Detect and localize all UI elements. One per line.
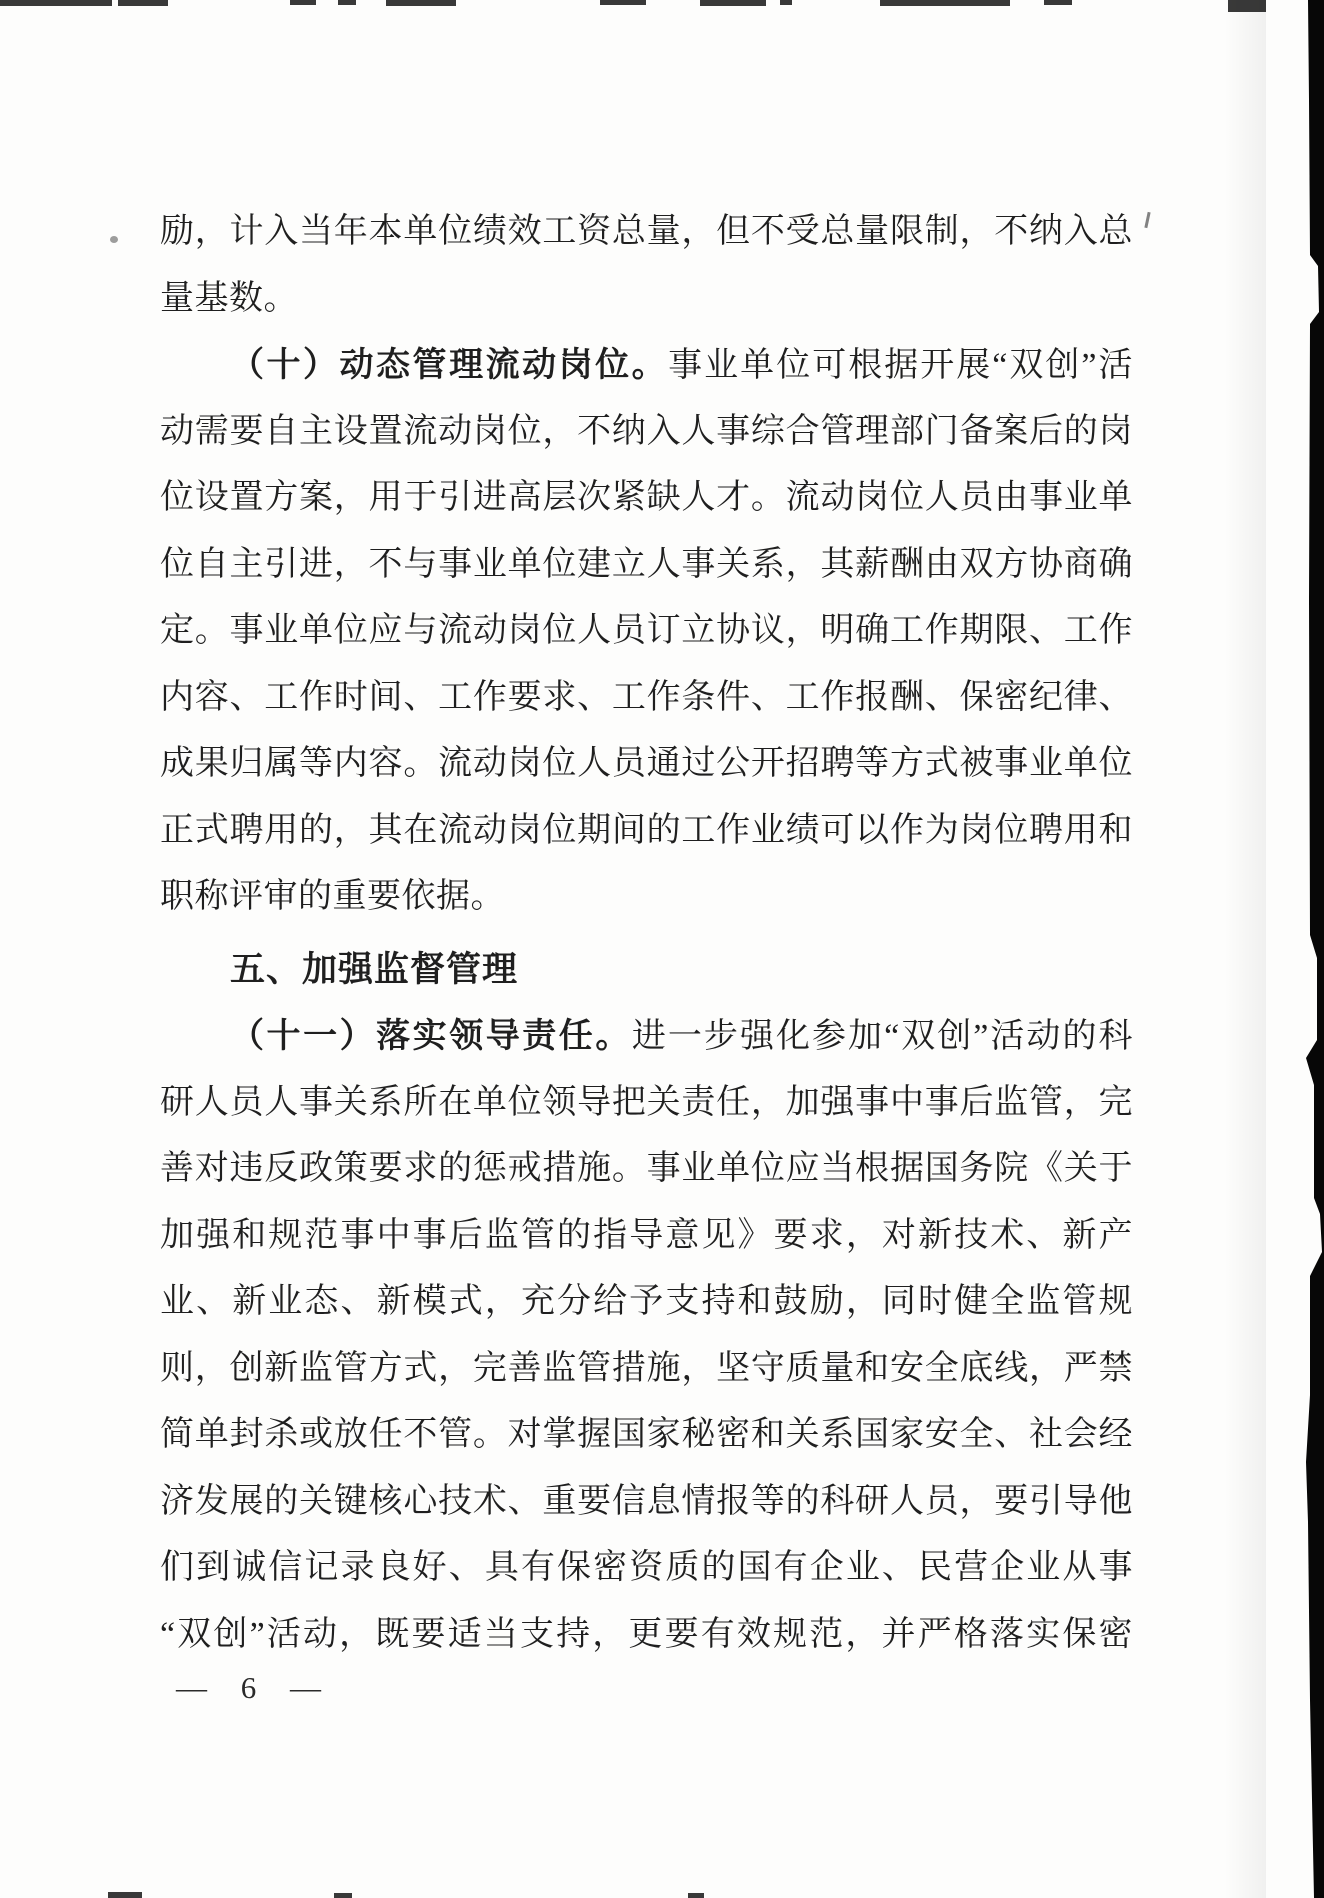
text-line: 职称评审的重要依据。: [160, 864, 1133, 931]
text-segment: 内容、工作时间、工作要求、工作条件、工作报酬、保密纪律、: [160, 679, 1133, 716]
bold-text-segment: 五、加强监督管理: [230, 950, 518, 989]
text-segment: “双创”活动，既要适当支持，更要有效规范，并严格落实保密: [160, 1616, 1133, 1653]
scan-top-edge-artifact: [0, 0, 112, 6]
scan-top-edge-artifact: [118, 0, 168, 6]
text-line: 简单封杀或放任不管。对掌握国家秘密和关系国家安全、社会经: [160, 1402, 1133, 1469]
scan-top-edge-artifact: [1228, 0, 1266, 12]
ink-dot-artifact: [110, 236, 118, 243]
text-line: 量基数。: [160, 266, 1133, 333]
bold-text-segment: （十）动态管理流动岗位。: [230, 346, 668, 384]
text-line: 济发展的关键核心技术、重要信息情报等的科研人员，要引导他: [160, 1469, 1133, 1536]
text-segment: 加强和规范事中事后监管的指导意见》要求，对新技术、新产: [160, 1217, 1133, 1254]
text-segment: 业、新业态、新模式，充分给予支持和鼓励，同时健全监管规: [160, 1283, 1133, 1320]
text-segment: 励，计入当年本单位绩效工资总量，但不受总量限制，不纳入总: [160, 213, 1133, 250]
text-segment: 则，创新监管方式，完善监管措施，坚守质量和安全底线，严禁: [160, 1350, 1133, 1387]
scan-top-edge-artifact: [386, 0, 456, 6]
text-line: 定。事业单位应与流动岗位人员订立协议，明确工作期限、工作: [160, 598, 1133, 665]
scan-top-edge-artifact: [1044, 0, 1072, 5]
text-segment: 成果归属等内容。流动岗位人员通过公开招聘等方式被事业单位: [160, 745, 1133, 782]
text-line: 位自主引进，不与事业单位建立人事关系，其薪酬由双方协商确: [160, 532, 1133, 599]
scan-top-edge-artifact: [338, 0, 356, 5]
text-line: 内容、工作时间、工作要求、工作条件、工作报酬、保密纪律、: [160, 665, 1133, 732]
scan-top-edge-artifact: [290, 0, 316, 5]
bold-text-segment: （十一）落实领导责任。: [230, 1017, 632, 1055]
text-segment: 简单封杀或放任不管。对掌握国家秘密和关系国家安全、社会经: [160, 1416, 1133, 1453]
scanned-document-page: 励，计入当年本单位绩效工资总量，但不受总量限制，不纳入总量基数。（十）动态管理流…: [0, 0, 1324, 1898]
text-segment: 职称评审的重要依据。: [160, 878, 505, 915]
text-segment: 善对违反政策要求的惩戒措施。事业单位应当根据国务院《关于: [160, 1150, 1133, 1187]
scan-bottom-edge-artifact: [688, 1893, 704, 1898]
text-line: 正式聘用的，其在流动岗位期间的工作业绩可以作为岗位聘用和: [160, 798, 1133, 865]
text-segment: 们到诚信记录良好、具有保密资质的国有企业、民营企业从事: [160, 1549, 1133, 1586]
section-heading: 五、加强监督管理: [160, 937, 1133, 1004]
text-line: 则，创新监管方式，完善监管措施，坚守质量和安全底线，严禁: [160, 1336, 1133, 1403]
text-segment: 济发展的关键核心技术、重要信息情报等的科研人员，要引导他: [160, 1483, 1133, 1520]
text-line: 励，计入当年本单位绩效工资总量，但不受总量限制，不纳入总: [160, 199, 1133, 266]
scan-bottom-edge-artifact: [334, 1893, 352, 1898]
scan-bottom-edge-artifact: [108, 1892, 142, 1898]
ink-tick-artifact: [1144, 212, 1150, 228]
text-segment: 定。事业单位应与流动岗位人员订立协议，明确工作期限、工作: [160, 612, 1133, 649]
text-line: （十）动态管理流动岗位。事业单位可根据开展“双创”活: [160, 332, 1133, 399]
text-segment: 研人员人事关系所在单位领导把关责任，加强事中事后监管，完: [160, 1084, 1133, 1121]
text-line: （十一）落实领导责任。进一步强化参加“双创”活动的科: [160, 1003, 1133, 1070]
scan-top-edge-artifact: [780, 0, 792, 5]
text-line: 成果归属等内容。流动岗位人员通过公开招聘等方式被事业单位: [160, 731, 1133, 798]
text-segment: 位自主引进，不与事业单位建立人事关系，其薪酬由双方协商确: [160, 546, 1133, 583]
text-line: 位设置方案，用于引进高层次紧缺人才。流动岗位人员由事业单: [160, 465, 1133, 532]
text-segment: 动需要自主设置流动岗位，不纳入人事综合管理部门备案后的岗: [160, 413, 1133, 450]
scan-edge-artifact: [1284, 0, 1324, 1898]
text-segment: 进一步强化参加“双创”活动的科: [632, 1018, 1133, 1055]
body-text: 励，计入当年本单位绩效工资总量，但不受总量限制，不纳入总量基数。（十）动态管理流…: [160, 199, 1133, 1668]
scan-edge-tear-artifact: [1278, 1221, 1320, 1260]
text-line: 加强和规范事中事后监管的指导意见》要求，对新技术、新产: [160, 1203, 1133, 1270]
text-line: 动需要自主设置流动岗位，不纳入人事综合管理部门备案后的岗: [160, 399, 1133, 466]
text-line: “双创”活动，既要适当支持，更要有效规范，并严格落实保密: [160, 1602, 1133, 1669]
page-number: — 6 —: [176, 1670, 323, 1706]
text-line: 们到诚信记录良好、具有保密资质的国有企业、民营企业从事: [160, 1535, 1133, 1602]
scan-shading-artifact: [1224, 0, 1266, 1898]
scan-top-edge-artifact: [600, 0, 646, 5]
scan-top-edge-artifact: [880, 0, 1010, 6]
scan-top-edge-artifact: [700, 0, 766, 6]
text-line: 善对违反政策要求的惩戒措施。事业单位应当根据国务院《关于: [160, 1136, 1133, 1203]
text-line: 业、新业态、新模式，充分给予支持和鼓励，同时健全监管规: [160, 1269, 1133, 1336]
text-line: 研人员人事关系所在单位领导把关责任，加强事中事后监管，完: [160, 1070, 1133, 1137]
text-segment: 量基数。: [160, 280, 298, 317]
text-segment: 正式聘用的，其在流动岗位期间的工作业绩可以作为岗位聘用和: [160, 812, 1133, 849]
text-segment: 位设置方案，用于引进高层次紧缺人才。流动岗位人员由事业单: [160, 479, 1133, 516]
text-segment: 事业单位可根据开展“双创”活: [668, 347, 1133, 384]
